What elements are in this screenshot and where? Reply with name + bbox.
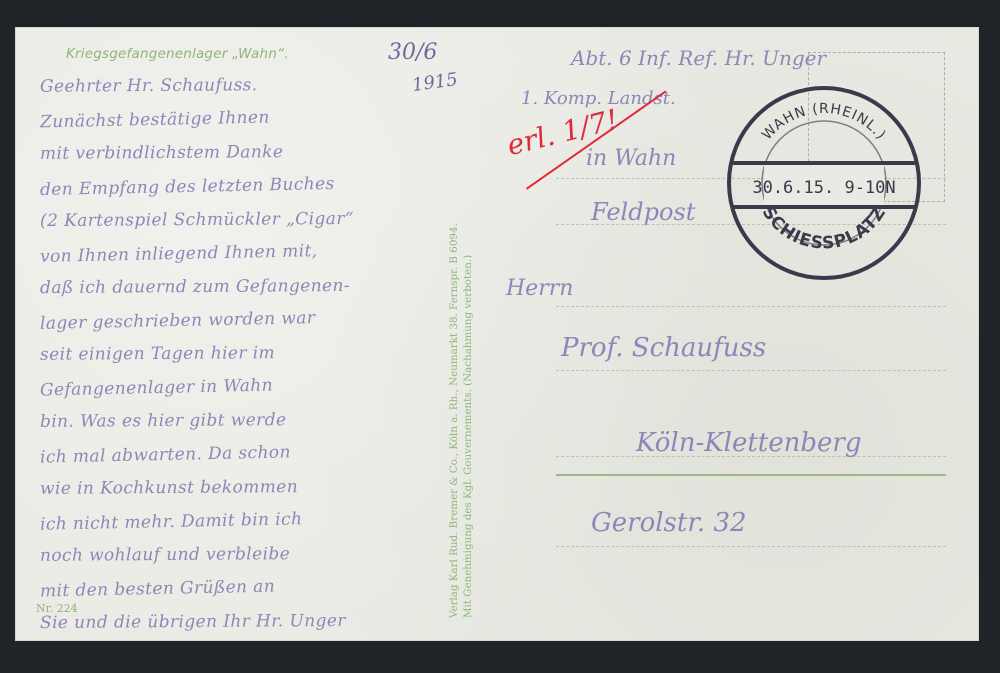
message-line: mit verbindlichstem Danke [40, 142, 283, 164]
publisher-line: Verlag Karl Rud. Bremer & Co., Köln a. R… [448, 223, 460, 618]
message-line: seit einigen Tagen hier im [40, 343, 275, 365]
address-underline [556, 474, 946, 476]
message-line: Gefangenenlager in Wahn [40, 375, 273, 400]
message-line: (2 Kartenspiel Schmückler „Cigar“ [40, 209, 354, 231]
sender-line: Feldpost [591, 198, 695, 226]
message-line: Sie und die übrigen Ihr Hr. Unger [40, 611, 346, 633]
recipient-salutation: Herrn [506, 276, 573, 301]
svg-text:SCHIESSPLATZ: SCHIESSPLATZ [758, 203, 891, 254]
handwritten-date: 30/6 [388, 40, 437, 65]
publisher-imprint: Verlag Karl Rud. Bremer & Co., Köln a. R… [440, 58, 480, 618]
message-line: bin. Was es hier gibt werde [40, 410, 287, 432]
message-line: noch wohlauf und verbleibe [40, 544, 290, 566]
message-line: mit den besten Grüßen an [40, 576, 275, 601]
recipient-city: Köln-Klettenberg [636, 428, 861, 458]
address-line [556, 306, 946, 307]
message-line: wie in Kochkunst bekommen [40, 477, 298, 499]
svg-text:30.6.15. 9-10N: 30.6.15. 9-10N [752, 178, 895, 198]
address-line [556, 546, 946, 547]
message-line: von Ihnen inliegend Ihnen mit, [40, 241, 318, 267]
printed-camp-title: Kriegsgefangenenlager „Wahn“. [66, 46, 289, 62]
message-line: ich mal abwarten. Da schon [40, 442, 291, 467]
permission-line: Mit Genehmigung des Kgl. Gouvernements. … [462, 255, 474, 618]
recipient-name: Prof. Schaufuss [561, 333, 766, 363]
message-line: Geehrter Hr. Schaufuss. [40, 75, 258, 97]
message-line: Zunächst bestätige Ihnen [40, 107, 270, 132]
message-line: daß ich dauernd zum Gefangenen- [40, 276, 350, 298]
message-line: den Empfang des letzten Buches [40, 173, 335, 199]
postmark-cancel: WAHN (RHEINL.) 30.6.15. 9-10N SCHIESSPLA… [724, 83, 924, 283]
recipient-street: Gerolstr. 32 [591, 508, 747, 538]
postcard: Kriegsgefangenenlager „Wahn“. 30/6 1915 … [16, 28, 978, 640]
sender-line: in Wahn [586, 146, 676, 171]
svg-text:WAHN (RHEINL.): WAHN (RHEINL.) [759, 101, 889, 143]
address-line [556, 370, 946, 371]
message-line: lager geschrieben worden war [40, 308, 316, 334]
catalog-number: Nr. 224 [36, 602, 78, 615]
message-line: ich nicht mehr. Damit bin ich [40, 509, 303, 534]
sender-line: Abt. 6 Inf. Ref. Hr. Unger [571, 46, 826, 70]
